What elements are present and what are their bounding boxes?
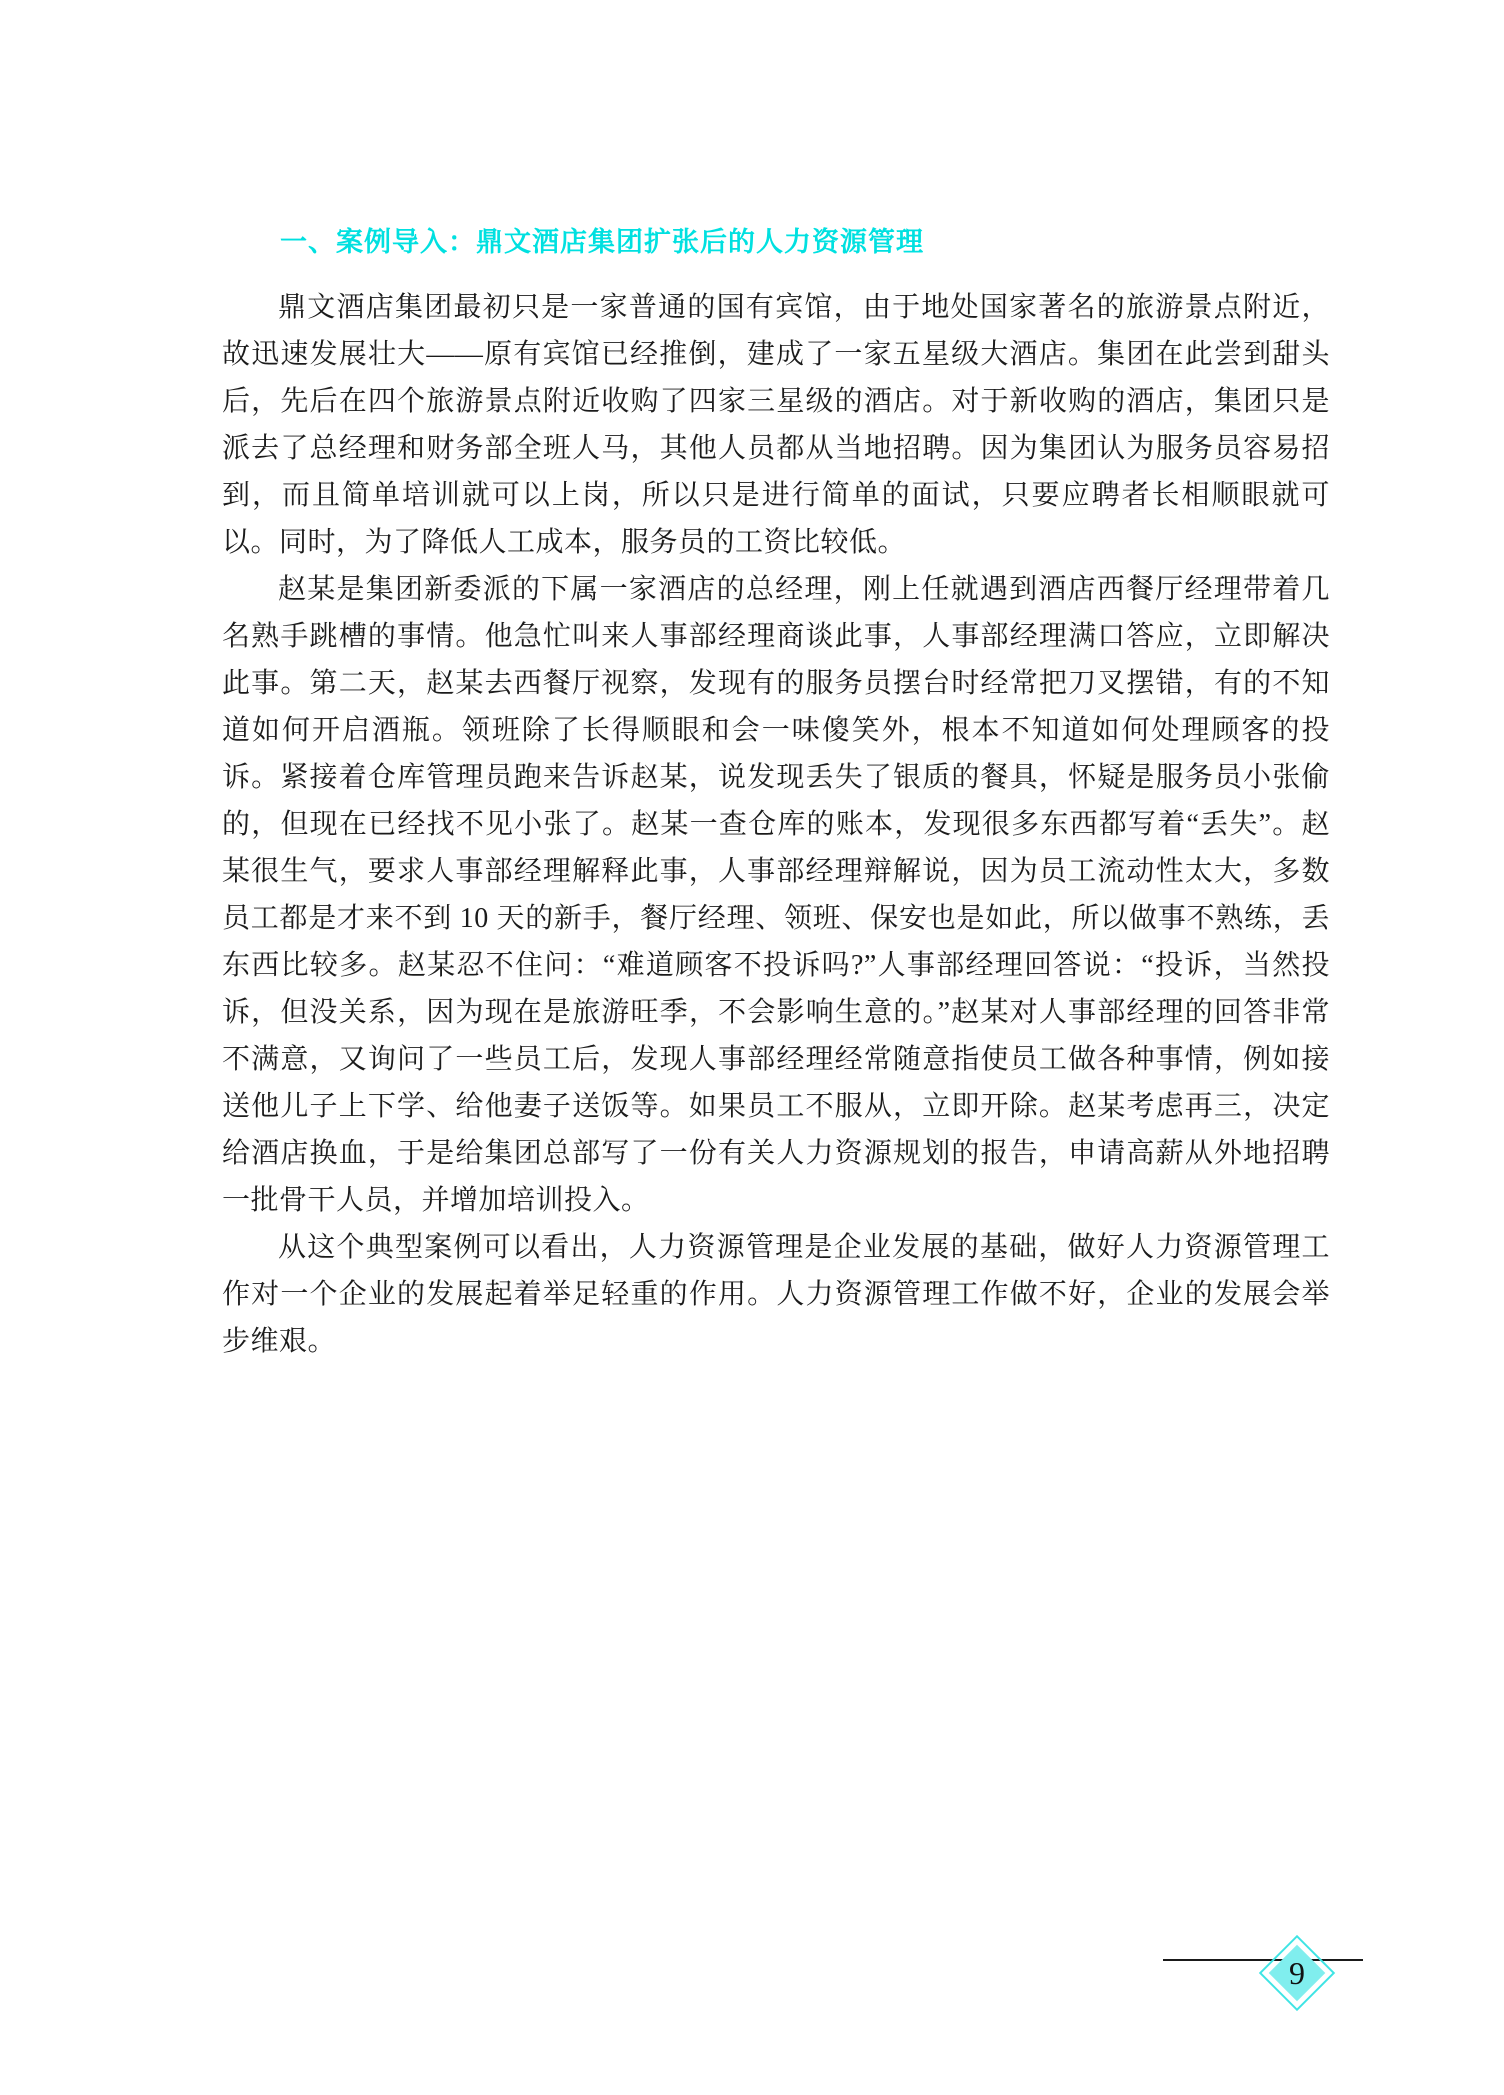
document-page: 一、案例导入：鼎文酒店集团扩张后的人力资源管理 鼎文酒店集团最初只是一家普通的国… (0, 0, 1504, 2095)
paragraph-case-intro-1: 鼎文酒店集团最初只是一家普通的国有宾馆，由于地处国家著名的旅游景点附近，故迅速发… (222, 284, 1330, 566)
article-body: 鼎文酒店集团最初只是一家普通的国有宾馆，由于地处国家著名的旅游景点附近，故迅速发… (222, 284, 1330, 1365)
footer-rule-line (1163, 1959, 1363, 1961)
page-content: 一、案例导入：鼎文酒店集团扩张后的人力资源管理 鼎文酒店集团最初只是一家普通的国… (222, 222, 1330, 1365)
paragraph-case-summary: 从这个典型案例可以看出，人力资源管理是企业发展的基础，做好人力资源管理工作对一个… (222, 1224, 1330, 1365)
paragraph-case-intro-2: 赵某是集团新委派的下属一家酒店的总经理，刚上任就遇到酒店西餐厅经理带着几名熟手跳… (222, 566, 1330, 1224)
section-heading: 一、案例导入：鼎文酒店集团扩张后的人力资源管理 (222, 222, 1330, 262)
page-number: 9 (1267, 1943, 1327, 2003)
